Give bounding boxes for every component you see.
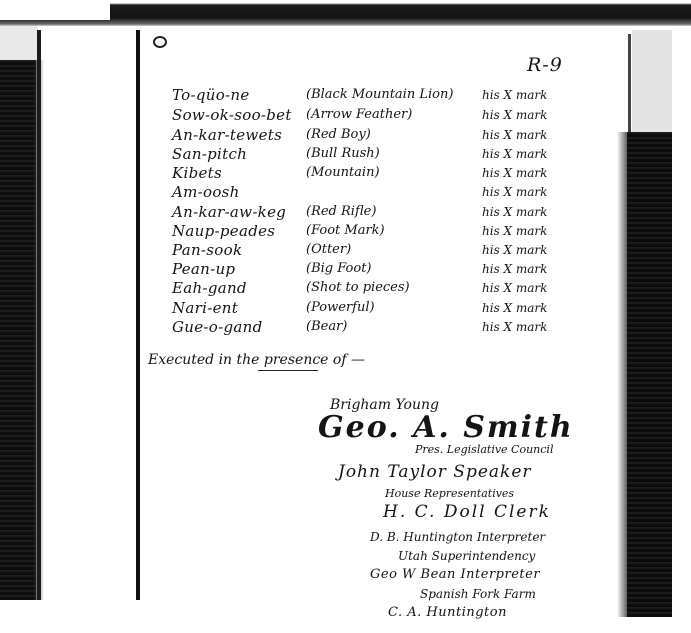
witness-title-utah-superintendency: Utah Superintendency <box>398 549 535 563</box>
signatory-mark: his X mark <box>482 128 547 142</box>
witness-title-spanish-fork-farm: Spanish Fork Farm <box>420 587 536 601</box>
signatory-mark: his X mark <box>482 320 547 334</box>
signatory-row: Naup-peades (Foot Mark) his X mark <box>172 222 602 241</box>
signatory-mark: his X mark <box>482 262 547 276</box>
signatory-mark: his X mark <box>482 166 547 180</box>
witness-signature-john-taylor: John Taylor Speaker <box>338 462 532 482</box>
scan-right-binding-shadow <box>627 132 672 617</box>
page-left-border <box>37 30 41 600</box>
scan-top-left-blank <box>0 0 110 20</box>
signatory-row: Am-oosh his X mark <box>172 183 602 202</box>
signatory-row: Pan-sook (Otter) his X mark <box>172 241 602 260</box>
witness-signature-db-huntington: D. B. Huntington Interpreter <box>370 530 545 544</box>
signatory-mark: his X mark <box>482 301 547 315</box>
signatory-name: An-kar-tewets <box>172 126 282 144</box>
signatory-name: Kibets <box>172 164 222 182</box>
signatory-mark: his X mark <box>482 185 547 199</box>
signatory-name: Am-oosh <box>172 183 240 201</box>
signatory-meaning: (Bear) <box>306 319 347 334</box>
signatory-meaning: (Otter) <box>306 242 351 257</box>
signatory-meaning: (Bull Rush) <box>306 146 380 161</box>
signatory-row: An-kar-tewets (Red Boy) his X mark <box>172 126 602 145</box>
signatory-meaning: (Red Boy) <box>306 127 371 142</box>
signatory-row: An-kar-aw-keg (Red Rifle) his X mark <box>172 203 602 222</box>
signatory-mark: his X mark <box>482 108 547 122</box>
signatory-row: Sow-ok-soo-bet (Arrow Feather) his X mar… <box>172 106 602 125</box>
signatory-row: Pean-up (Big Foot) his X mark <box>172 260 602 279</box>
signatory-name: San-pitch <box>172 145 247 163</box>
page-number: R-9 <box>527 54 563 76</box>
witness-signature-geo-smith: Geo. A. Smith <box>318 410 574 445</box>
scan-left-binding-shadow <box>0 60 36 600</box>
next-page-strip <box>632 30 672 132</box>
witness-signature-doll-clerk: H. C. Doll Clerk <box>383 502 551 522</box>
signatory-meaning: (Foot Mark) <box>306 223 385 238</box>
signatory-meaning: (Arrow Feather) <box>306 107 412 122</box>
signatory-row: San-pitch (Bull Rush) his X mark <box>172 145 602 164</box>
margin-rule-line <box>136 30 140 600</box>
witness-title-house-representatives: House Representatives <box>385 487 514 500</box>
witness-signature-geo-bean: Geo W Bean Interpreter <box>370 567 540 582</box>
signatory-name: Naup-peades <box>172 222 275 240</box>
signatory-name: Pean-up <box>172 260 235 278</box>
signatory-row: Kibets (Mountain) his X mark <box>172 164 602 183</box>
signatory-row: Nari-ent (Powerful) his X mark <box>172 299 602 318</box>
punch-hole-mark <box>153 36 167 48</box>
signatory-mark: his X mark <box>482 281 547 295</box>
signatory-name: Gue-o-gand <box>172 318 263 336</box>
signatory-mark: his X mark <box>482 88 547 102</box>
witness-signature-ca-huntington: C. A. Huntington <box>388 605 507 620</box>
page-right-border <box>628 34 631 134</box>
signatory-meaning: (Black Mountain Lion) <box>306 87 453 102</box>
signatory-row: To-qüo-ne (Black Mountain Lion) his X ma… <box>172 86 602 105</box>
signatory-name: An-kar-aw-keg <box>172 203 286 221</box>
signatory-meaning: (Mountain) <box>306 165 380 180</box>
signatory-mark: his X mark <box>482 147 547 161</box>
signatory-name: To-qüo-ne <box>172 86 250 104</box>
signatory-name: Nari-ent <box>172 299 238 317</box>
signatory-mark: his X mark <box>482 205 547 219</box>
signatory-mark: his X mark <box>482 243 547 257</box>
signatory-name: Sow-ok-soo-bet <box>172 106 292 124</box>
witness-title-legislative-council: Pres. Legislative Council <box>415 443 553 456</box>
executed-in-presence-line: Executed in the presence of — <box>148 352 365 368</box>
signatory-name: Pan-sook <box>172 241 242 259</box>
signatory-row: Eah-gand (Shot to pieces) his X mark <box>172 279 602 298</box>
signatory-name: Eah-gand <box>172 279 247 297</box>
signatory-meaning: (Big Foot) <box>306 261 372 276</box>
signatory-mark: his X mark <box>482 224 547 238</box>
signatory-meaning: (Red Rifle) <box>306 204 376 219</box>
underline-stroke <box>258 370 318 371</box>
signatory-meaning: (Shot to pieces) <box>306 280 410 295</box>
signatory-meaning: (Powerful) <box>306 300 375 315</box>
signatory-row: Gue-o-gand (Bear) his X mark <box>172 318 602 337</box>
